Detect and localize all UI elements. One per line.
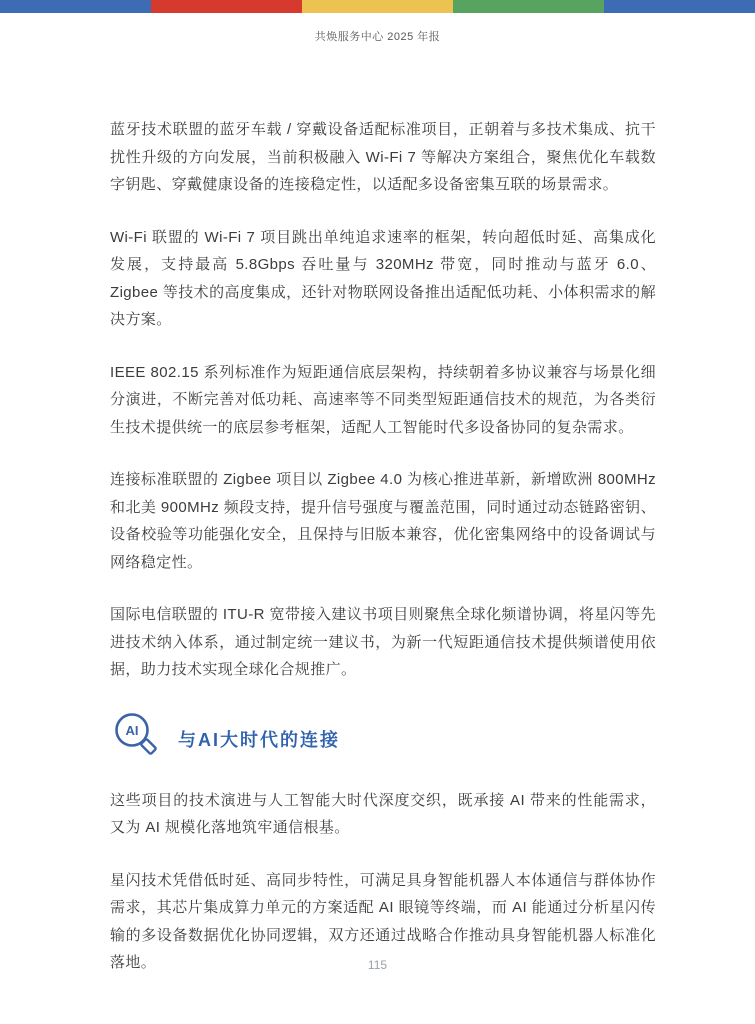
paragraph-wifi-alliance: Wi-Fi 联盟的 Wi-Fi 7 项目跳出单纯追求速率的框架，转向超低时延、高…	[110, 224, 656, 334]
section-heading-title: 与AI大时代的连接	[178, 726, 340, 752]
paragraph-bluetooth-sig: 蓝牙技术联盟的蓝牙车载 / 穿戴设备适配标准项目，正朝着与多技术集成、抗干扰性升…	[110, 116, 656, 199]
topbar-segment-red	[151, 0, 302, 13]
paragraph-ieee-80215: IEEE 802.15 系列标准作为短距通信底层架构，持续朝着多协议兼容与场景化…	[110, 359, 656, 442]
ai-icon-label: AI	[126, 723, 139, 738]
top-color-bar	[0, 0, 755, 13]
topbar-segment-blue-right	[604, 0, 755, 13]
page-content: 蓝牙技术联盟的蓝牙车载 / 穿戴设备适配标准项目，正朝着与多技术集成、抗干扰性升…	[110, 116, 656, 1002]
document-header-title: 共焕服务中心 2025 年报	[0, 28, 755, 44]
paragraph-itu-r: 国际电信联盟的 ITU-R 宽带接入建议书项目则聚焦全球化频谱协调，将星闪等先进…	[110, 601, 656, 684]
page-number: 115	[0, 958, 755, 972]
topbar-segment-green	[453, 0, 604, 13]
topbar-segment-yellow	[302, 0, 453, 13]
topbar-segment-blue-left	[0, 0, 151, 13]
paragraph-zigbee-csa: 连接标准联盟的 Zigbee 项目以 Zigbee 4.0 为核心推进革新，新增…	[110, 466, 656, 576]
ai-magnifier-icon: AI	[110, 709, 162, 769]
paragraph-ai-era-intro: 这些项目的技术演进与人工智能大时代深度交织，既承接 AI 带来的性能需求，又为 …	[110, 787, 656, 842]
section-heading-row: AI 与AI大时代的连接	[110, 709, 656, 769]
